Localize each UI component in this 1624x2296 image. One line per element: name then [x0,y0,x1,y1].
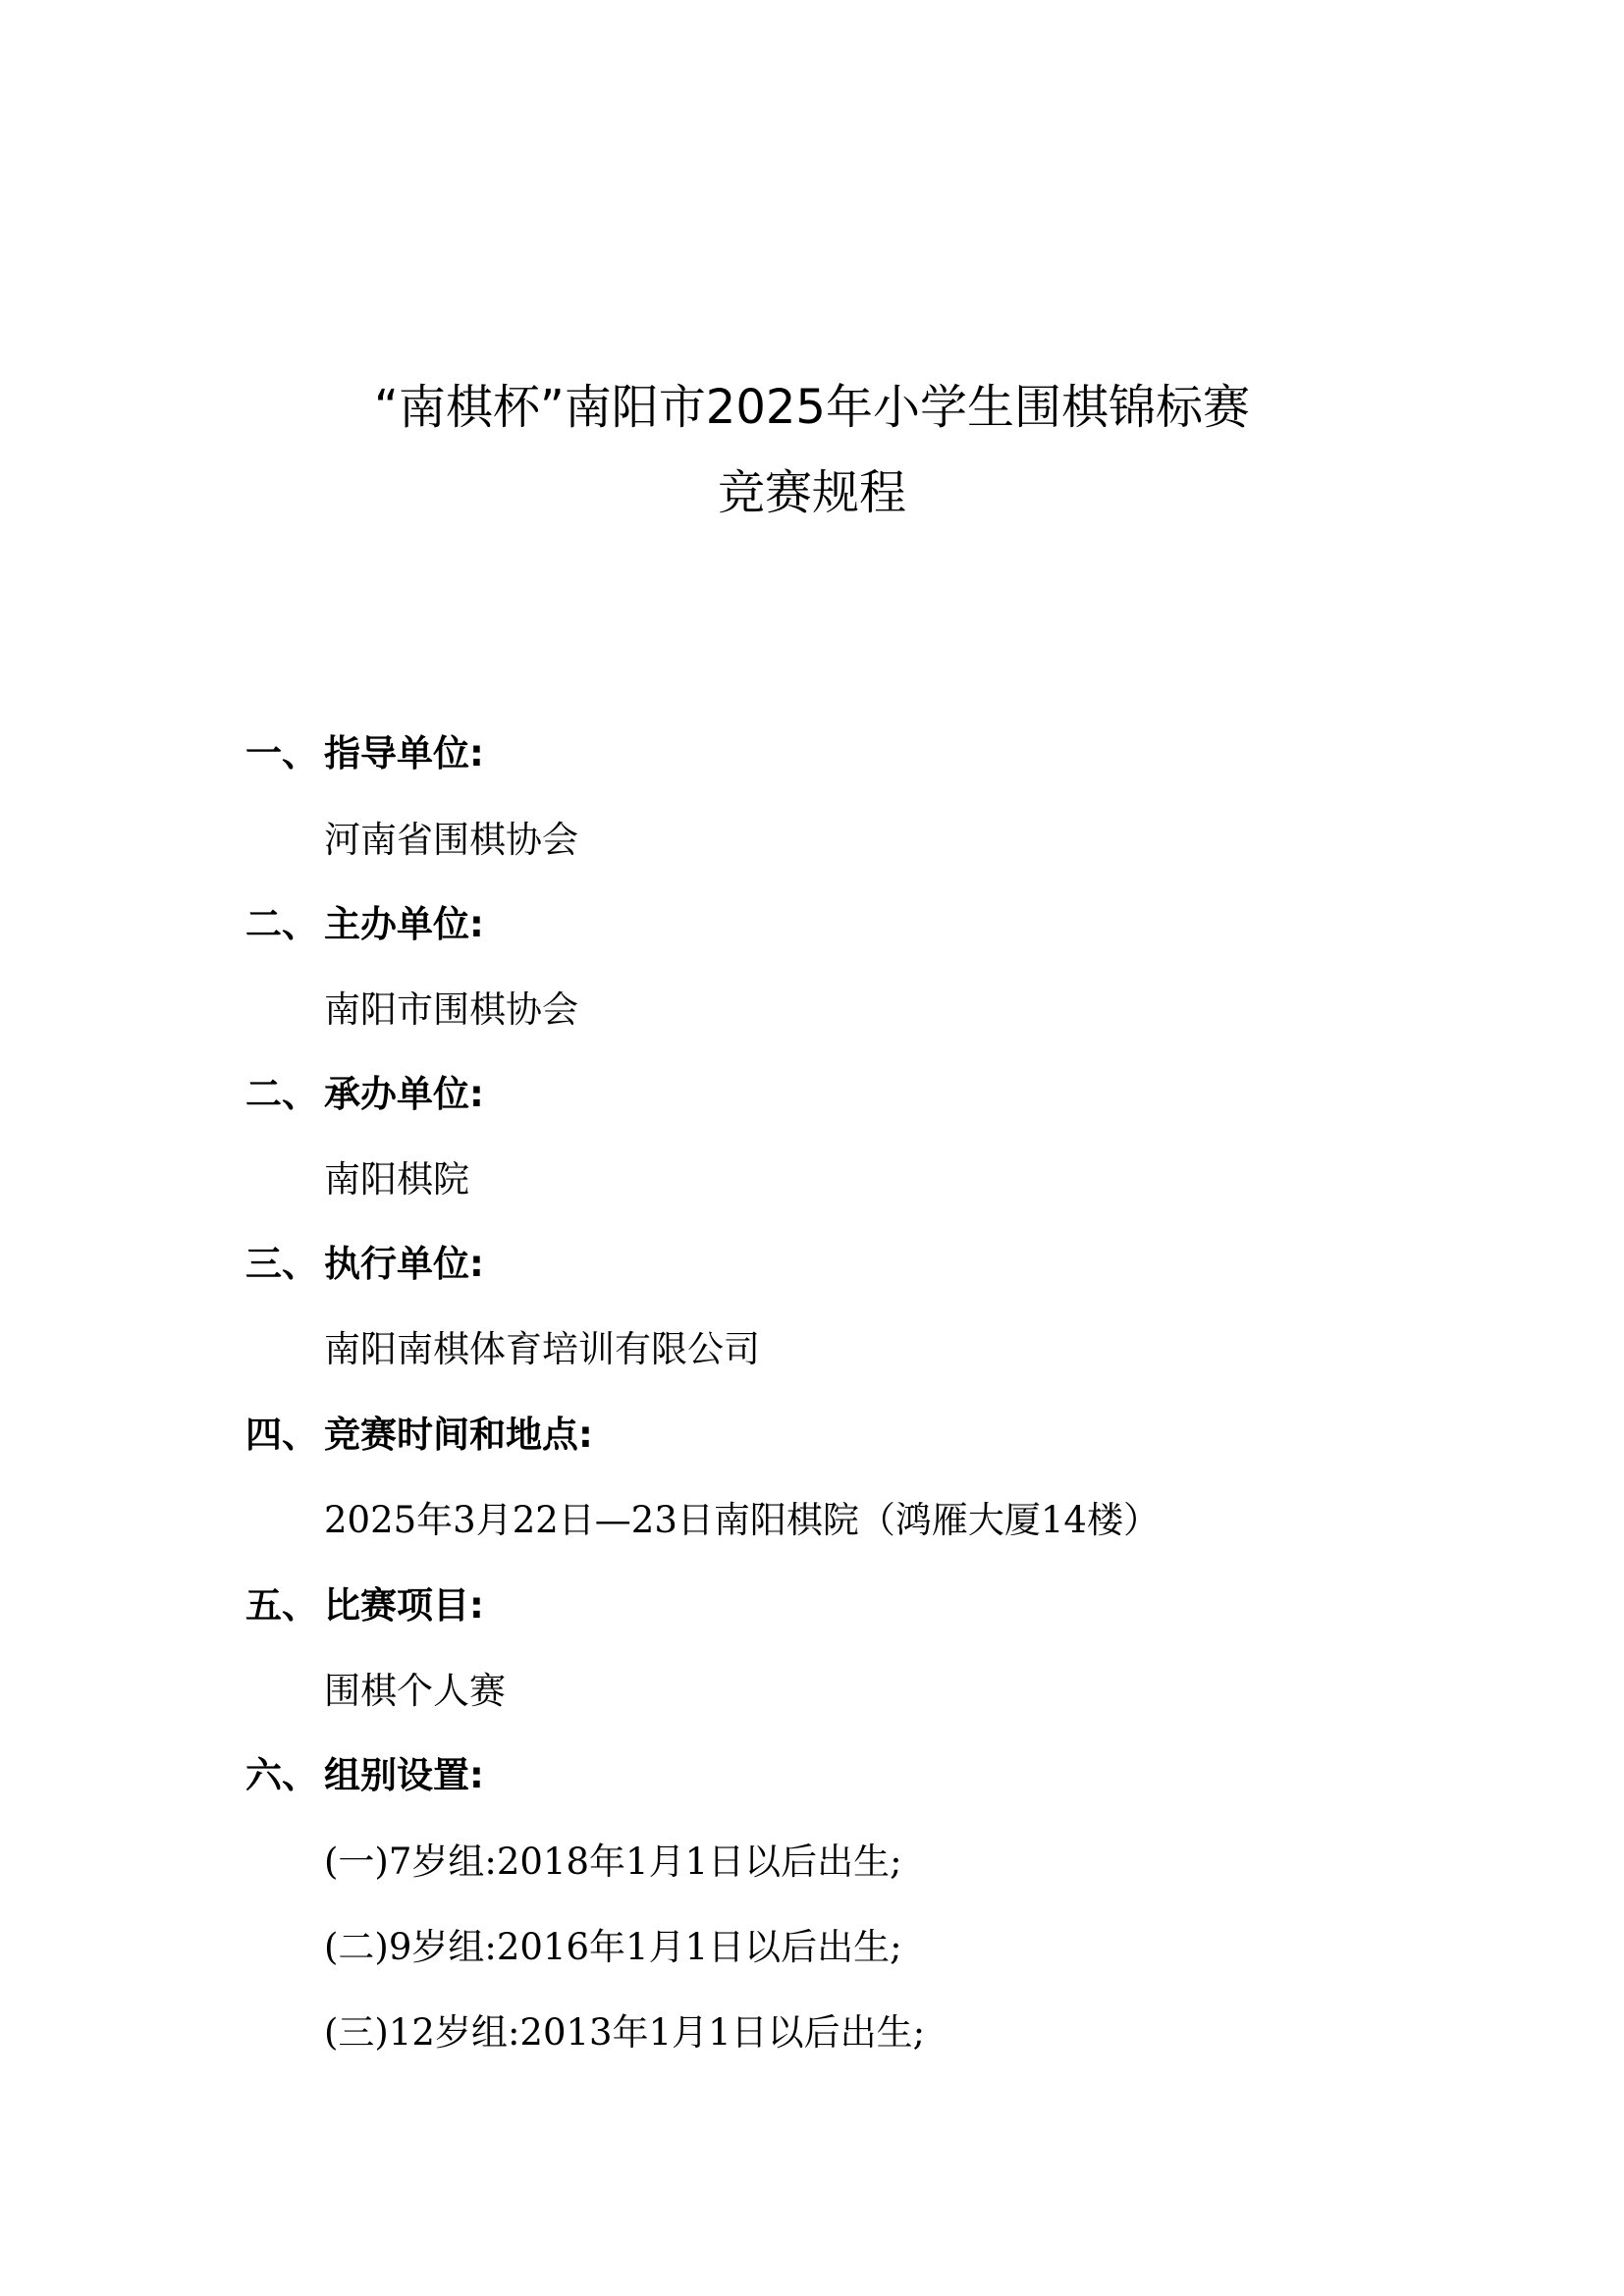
section-heading-groups: 六、组别设置: [245,1752,484,1799]
group-item: (三)12岁组:2013年1月1日以后出生; [324,2009,925,2056]
section-heading-event: 五、比赛项目: [245,1582,484,1629]
section-heading-executive-unit: 三、执行单位: [245,1241,484,1288]
section-body-line: 南阳南棋体育培训有限公司 [324,1326,760,1373]
section-title: 执行单位: [324,1243,484,1285]
document-title: “南棋杯”南阳市2025年小学生围棋锦标赛 [0,378,1624,437]
section-number: 一、 [245,732,318,774]
section-title: 比赛项目: [324,1584,484,1627]
section-number: 二、 [245,1073,318,1115]
section-heading-time-place: 四、竞赛时间和地点: [245,1412,593,1459]
section-number: 二、 [245,903,318,945]
section-body-line: 南阳市围棋协会 [324,987,578,1034]
section-body-line: 2025年3月22日—23日南阳棋院（鸿雁大厦14楼） [324,1497,1160,1544]
section-heading-organizer-unit: 二、承办单位: [245,1071,484,1118]
section-title: 主办单位: [324,903,484,945]
section-number: 五、 [245,1584,318,1627]
group-item: (一)7岁组:2018年1月1日以后出生; [324,1839,902,1886]
section-title: 承办单位: [324,1073,484,1115]
section-heading-host-unit: 二、主办单位: [245,901,484,948]
section-number: 三、 [245,1243,318,1285]
section-title: 指导单位: [324,732,484,774]
section-number: 四、 [245,1414,318,1456]
section-number: 六、 [245,1754,318,1796]
section-body-line: 南阳棋院 [324,1156,469,1203]
group-item: (二)9岁组:2016年1月1日以后出生; [324,1924,902,1971]
section-title: 组别设置: [324,1754,484,1796]
section-body-line: 河南省围棋协会 [324,817,578,864]
section-body-line: 围棋个人赛 [324,1668,506,1715]
section-title: 竞赛时间和地点: [324,1414,593,1456]
section-heading-guiding-unit: 一、指导单位: [245,730,484,777]
document-subtitle: 竞赛规程 [0,463,1624,522]
document-page: “南棋杯”南阳市2025年小学生围棋锦标赛 竞赛规程 一、指导单位: 河南省围棋… [0,0,1624,2296]
